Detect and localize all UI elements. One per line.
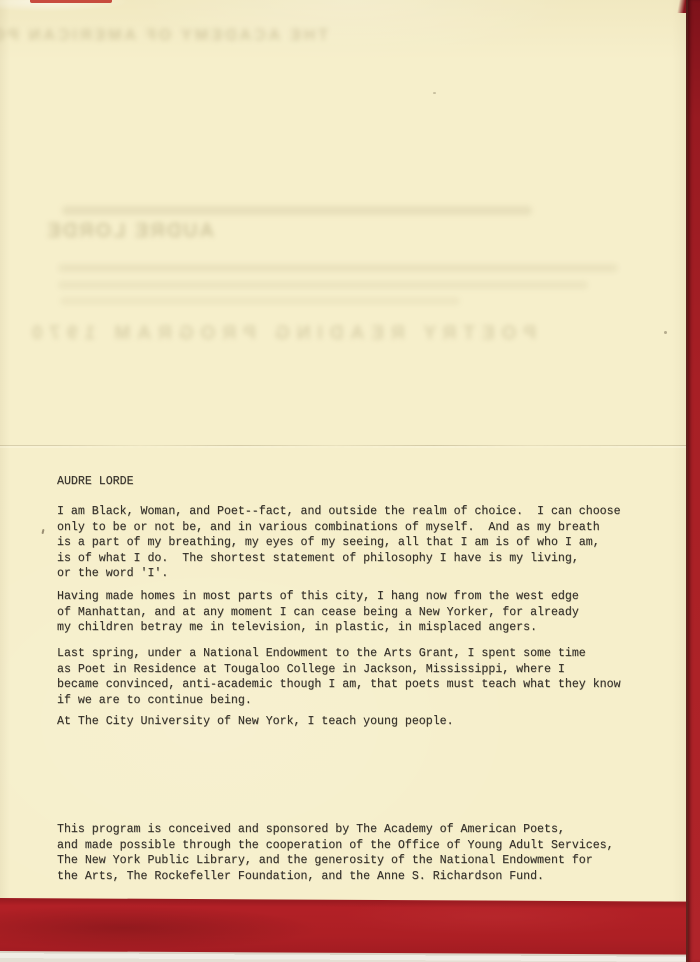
paper-sheet: THE ACADEMY OF AMERICAN POETS AUDRE LORD… — [0, 0, 700, 962]
typewritten-paragraph-4: At The City University of New York, I te… — [57, 714, 691, 730]
bleedthrough-smudge — [58, 264, 618, 272]
typewritten-paragraph-1: I am Black, Woman, and Poet--fact, and o… — [57, 504, 691, 582]
ink-speck — [664, 331, 667, 334]
bleedthrough-smudge — [62, 206, 532, 215]
typewritten-paragraph-3: Last spring, under a National Endowment … — [57, 646, 691, 708]
ink-speck — [41, 529, 44, 534]
credits-paragraph: This program is conceived and sponsored … — [57, 822, 691, 884]
typewritten-paragraph-2: Having made homes in most parts of this … — [57, 589, 691, 636]
bleedthrough-smudge — [58, 281, 588, 289]
ink-speck — [433, 92, 436, 94]
bleedthrough-smudge — [60, 297, 460, 305]
scanned-program-page: THE ACADEMY OF AMERICAN POETS AUDRE LORD… — [0, 0, 700, 962]
red-cover-band — [0, 898, 700, 955]
bleedthrough-ghost-line-lower: POETRY READING PROGRAM 1970 — [54, 323, 536, 345]
bleedthrough-ghost-line-top: THE ACADEMY OF AMERICAN POETS — [36, 27, 328, 45]
top-edge-red-sliver — [30, 0, 112, 3]
red-cover-right-edge — [686, 0, 700, 962]
bleedthrough-ghost-title: AUDRE LORDE — [52, 220, 214, 243]
fold-crease — [0, 445, 700, 448]
typewritten-heading: AUDRE LORDE — [57, 474, 691, 490]
